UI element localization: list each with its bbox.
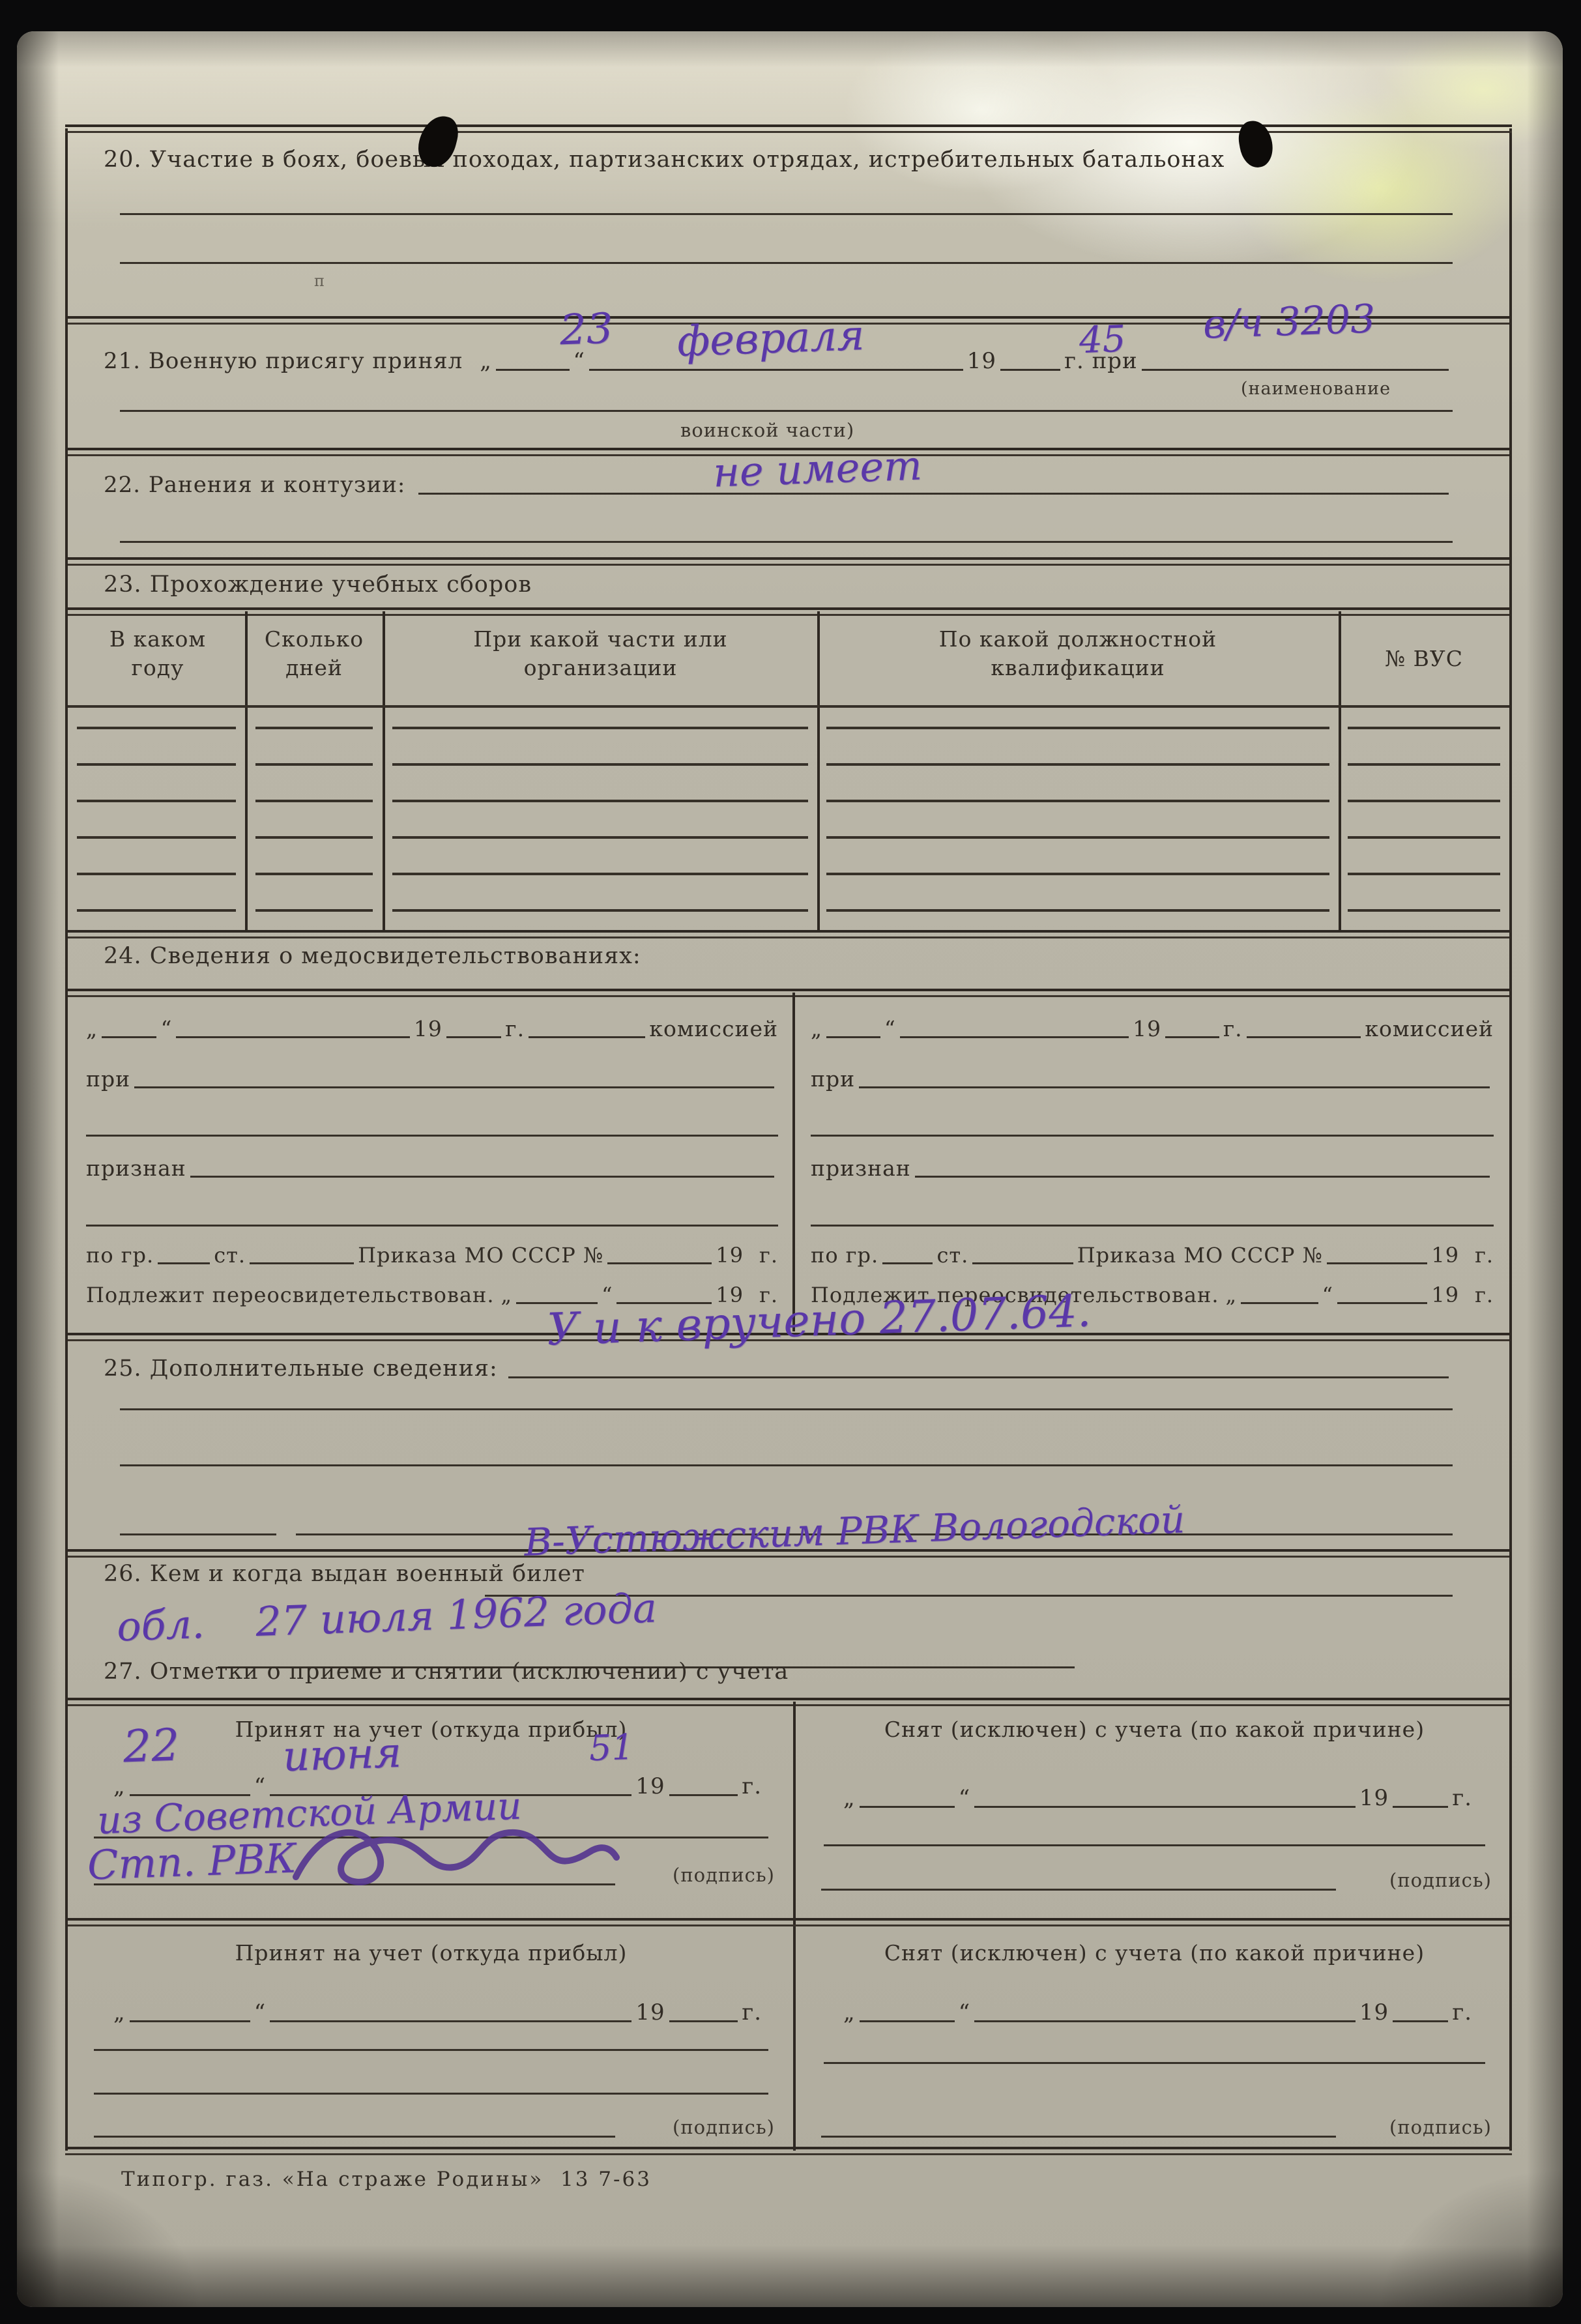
quote-close: “ bbox=[160, 1018, 172, 1041]
section-26-title: 26. Кем и когда выдан военный билет bbox=[104, 1561, 585, 1587]
col-header-year: В каком году bbox=[80, 625, 236, 682]
ruled-line bbox=[120, 541, 1453, 543]
year-prefix: 19 bbox=[1133, 1018, 1161, 1041]
accept-date-row: „ “ 19 г. bbox=[113, 1986, 762, 2025]
remove-cell-1: Снят (исключен) с учета (по какой причин… bbox=[817, 1709, 1492, 1911]
year-suffix: г. bbox=[742, 1775, 762, 1799]
fill-line bbox=[190, 1173, 774, 1178]
fill-line bbox=[974, 2018, 1356, 2022]
quote-open: „ bbox=[501, 1285, 513, 1307]
handwritten-accept-day: 22 bbox=[123, 1720, 181, 1773]
print-shop-imprint: Типогр. газ. «На страже Родины» 13 7-63 bbox=[121, 2168, 652, 2191]
fill-line bbox=[1241, 1300, 1318, 1304]
prikaz-label: Приказа МО СССР № bbox=[358, 1245, 603, 1267]
handwritten-accept-month: июня bbox=[282, 1729, 403, 1781]
med-pri-row: при bbox=[86, 1061, 778, 1091]
section-22-title: 22. Ранения и контузии: bbox=[104, 474, 405, 497]
fill-line bbox=[882, 1260, 933, 1264]
fill-line bbox=[176, 1034, 410, 1038]
handwritten-wounds-value: не имеет bbox=[712, 441, 923, 496]
col-header-qualification: По какой должностной квалификации bbox=[882, 625, 1273, 682]
quote-close: “ bbox=[1322, 1285, 1333, 1307]
year-suffix: г. bbox=[1452, 2001, 1472, 2025]
po-gr-label: по гр. bbox=[811, 1245, 878, 1267]
paper-sheet: 20. Участие в боях, боевых походах, парт… bbox=[17, 31, 1563, 2307]
table-body-lines-col5 bbox=[1348, 693, 1500, 914]
fill-line bbox=[508, 1374, 1449, 1378]
fill-line bbox=[900, 1034, 1129, 1038]
registration-table-top-border bbox=[68, 1698, 1509, 1706]
fill-line bbox=[669, 1792, 738, 1796]
med-block-divider bbox=[792, 993, 795, 1331]
table-top-border bbox=[68, 607, 1509, 616]
remove-cell-2: Снят (исключен) с учета (по какой причин… bbox=[817, 1928, 1492, 2143]
accept-header: Принят на учет (откуда прибыл) bbox=[87, 1717, 775, 1742]
fill-line bbox=[1327, 1260, 1428, 1264]
remove-date-row: „ “ 19 г. bbox=[843, 1986, 1472, 2025]
remove-header: Снят (исключен) с учета (по какой причин… bbox=[817, 1717, 1492, 1742]
table-column-border bbox=[1339, 611, 1341, 932]
ruled-line bbox=[86, 1135, 778, 1137]
fill-line bbox=[860, 2018, 955, 2022]
signature-line bbox=[821, 2136, 1336, 2138]
ruled-line bbox=[120, 213, 1453, 215]
st-label: ст. bbox=[214, 1245, 246, 1267]
komissiya-label: комиссией bbox=[649, 1018, 778, 1041]
accept-cell-2: Принят на учет (откуда прибыл) „ “ 19 г.… bbox=[87, 1928, 775, 2143]
year-prefix: 19 bbox=[635, 2001, 665, 2025]
year-prefix: 19 bbox=[1431, 1245, 1459, 1267]
remove-header: Снят (исключен) с учета (по какой причин… bbox=[817, 1940, 1492, 1966]
year-suffix: г. bbox=[1475, 1245, 1494, 1267]
year-suffix: г. bbox=[505, 1018, 525, 1041]
fill-line bbox=[607, 1260, 712, 1264]
quote-close: “ bbox=[254, 2001, 266, 2025]
fill-line bbox=[859, 1084, 1490, 1088]
section-27-title: 27. Отметки о приеме и снятии (исключени… bbox=[104, 1659, 789, 1685]
ruled-line bbox=[94, 2049, 768, 2051]
fill-line bbox=[529, 1034, 645, 1038]
handwritten-oath-year: 45 bbox=[1079, 318, 1126, 362]
fill-line bbox=[860, 1803, 955, 1808]
podpis-caption: (подпись) bbox=[673, 2116, 775, 2138]
med-date-row: „ “ 19 г. комиссией bbox=[86, 1011, 778, 1041]
table-body-lines-col4 bbox=[826, 693, 1329, 914]
accept-header: Принят на учет (откуда прибыл) bbox=[87, 1940, 775, 1966]
fill-line bbox=[1393, 2018, 1448, 2022]
scanned-document-page: 20. Участие в боях, боевых походах, парт… bbox=[0, 0, 1581, 2324]
table-column-border bbox=[817, 611, 820, 932]
quote-open: „ bbox=[480, 350, 492, 373]
fill-line bbox=[1165, 1034, 1219, 1038]
section-divider bbox=[68, 557, 1509, 566]
med-priznan-row: признан bbox=[811, 1150, 1494, 1180]
quote-open: „ bbox=[843, 1787, 856, 1810]
ruled-line bbox=[120, 410, 1453, 412]
section-21-title: 21. Военную присягу принял bbox=[104, 350, 463, 373]
section-25-row: 25. Дополнительные сведения: bbox=[104, 1351, 1453, 1381]
year-suffix: г. bbox=[759, 1245, 778, 1267]
fill-line bbox=[496, 366, 570, 371]
fill-line bbox=[418, 490, 1449, 495]
med-prikaz-row: по гр. ст. Приказа МО СССР № 19 г. bbox=[86, 1237, 778, 1267]
signature-line bbox=[821, 1889, 1336, 1891]
handwritten-oath-day: 23 bbox=[559, 305, 614, 355]
year-suffix: г. bbox=[1475, 1285, 1494, 1307]
year-prefix: 19 bbox=[414, 1018, 442, 1041]
fill-line bbox=[134, 1084, 774, 1088]
ruled-line bbox=[811, 1225, 1494, 1227]
year-prefix: 19 bbox=[1431, 1285, 1459, 1307]
table-bottom-border bbox=[68, 930, 1509, 938]
fill-line bbox=[130, 2018, 250, 2022]
quote-close: “ bbox=[959, 2001, 970, 2025]
prikaz-label: Приказа МО СССР № bbox=[1077, 1245, 1323, 1267]
podpis-caption: (подпись) bbox=[1389, 2116, 1492, 2138]
fill-line bbox=[446, 1034, 501, 1038]
ruled-line bbox=[811, 1135, 1494, 1137]
fill-line bbox=[589, 366, 963, 371]
pri-label: при bbox=[86, 1068, 130, 1091]
po-gr-label: по гр. bbox=[86, 1245, 154, 1267]
med-column-left: „ “ 19 г. комиссией при признан bbox=[86, 993, 778, 1331]
ruled-line bbox=[824, 1844, 1485, 1846]
stray-mark: п bbox=[314, 272, 325, 290]
quote-open: „ bbox=[843, 2001, 856, 2025]
fill-line bbox=[1000, 366, 1060, 371]
st-label: ст. bbox=[936, 1245, 968, 1267]
fill-line bbox=[102, 1034, 156, 1038]
remove-date-row: „ “ 19 г. bbox=[843, 1771, 1472, 1810]
pri-label: при bbox=[811, 1068, 855, 1091]
accept-cell-1: Принят на учет (откуда прибыл) „ “ 19 г.… bbox=[87, 1709, 775, 1911]
quote-open: „ bbox=[86, 1018, 98, 1041]
quote-close: “ bbox=[959, 1787, 970, 1810]
priznan-label: признан bbox=[86, 1157, 186, 1180]
fill-line bbox=[158, 1260, 210, 1264]
section-23-title: 23. Прохождение учебных сборов bbox=[104, 572, 532, 598]
ruled-line bbox=[86, 1225, 778, 1227]
table-column-border bbox=[245, 611, 248, 932]
fill-line bbox=[972, 1260, 1073, 1264]
year-prefix: 19 bbox=[635, 1775, 665, 1799]
section-25-title: 25. Дополнительные сведения: bbox=[104, 1357, 498, 1381]
year-suffix: г. bbox=[1452, 1787, 1472, 1810]
form-outer-box: 20. Участие в боях, боевых походах, парт… bbox=[65, 128, 1512, 2151]
ruled-line bbox=[94, 2093, 768, 2095]
med-date-row: „ “ 19 г. комиссией bbox=[811, 1011, 1494, 1041]
ruled-line bbox=[120, 1408, 1453, 1410]
signature-line bbox=[94, 2136, 615, 2138]
ruled-line bbox=[120, 1533, 276, 1535]
fill-line bbox=[270, 2018, 631, 2022]
handwritten-military-unit: в/ч 3203 bbox=[1202, 296, 1376, 347]
caption-voinskoy-chasti: воинской части) bbox=[680, 419, 854, 441]
fill-line bbox=[1247, 1034, 1361, 1038]
section-20-title: 20. Участие в боях, боевых походах, парт… bbox=[104, 147, 1225, 173]
fill-line bbox=[1142, 366, 1449, 371]
med-prikaz-row: по гр. ст. Приказа МО СССР № 19 г. bbox=[811, 1237, 1494, 1267]
handwritten-accept-year: 51 bbox=[588, 1726, 635, 1769]
quote-close: “ bbox=[884, 1018, 896, 1041]
signature-scribble bbox=[283, 1812, 622, 1896]
fill-line bbox=[826, 1034, 880, 1038]
handwritten-issued-by-line2: обл. 27 июля 1962 года bbox=[116, 1584, 658, 1651]
col-header-vus: № ВУС bbox=[1342, 645, 1505, 673]
handwritten-accept-signature-text: Стп. РВК bbox=[87, 1834, 297, 1889]
quote-open: „ bbox=[811, 1018, 822, 1041]
year-prefix: 19 bbox=[716, 1245, 744, 1267]
table-body-lines-col3 bbox=[392, 693, 808, 914]
table-body-lines-col1 bbox=[77, 693, 236, 914]
year-prefix: 19 bbox=[1359, 2001, 1389, 2025]
registration-row-divider bbox=[68, 1918, 1509, 1926]
caption-naimenovanie: (наименование bbox=[1241, 379, 1391, 399]
handwritten-oath-month: февраля bbox=[676, 312, 865, 366]
section-24-title: 24. Сведения о медосвидетельствованиях: bbox=[104, 943, 641, 969]
quote-open: „ bbox=[1226, 1285, 1238, 1307]
year-prefix: 19 bbox=[1359, 1787, 1389, 1810]
med-column-right: „ “ 19 г. комиссией при признан bbox=[811, 993, 1494, 1331]
table-body-lines-col2 bbox=[255, 693, 373, 914]
fill-line bbox=[250, 1260, 354, 1264]
ruled-line bbox=[120, 1464, 1453, 1466]
col-header-unit: При какой части или организации bbox=[407, 625, 794, 682]
priznan-label: признан bbox=[811, 1157, 911, 1180]
year-suffix: г. bbox=[1223, 1018, 1243, 1041]
fill-line bbox=[1393, 1803, 1448, 1808]
fill-line bbox=[974, 1803, 1356, 1808]
year-prefix: 19 bbox=[967, 350, 996, 373]
med-priznan-row: признан bbox=[86, 1150, 778, 1180]
podpis-caption: (подпись) bbox=[1389, 1869, 1492, 1891]
med-pri-row: при bbox=[811, 1061, 1494, 1091]
box-top-border bbox=[65, 124, 1512, 133]
year-suffix: г. bbox=[742, 2001, 762, 2025]
col-header-days: Сколько дней bbox=[252, 625, 377, 682]
podpis-caption: (подпись) bbox=[673, 1864, 775, 1886]
quote-open: „ bbox=[113, 2001, 126, 2025]
fill-line bbox=[1337, 1300, 1427, 1304]
ruled-line bbox=[824, 2062, 1485, 2064]
quote-open: „ bbox=[113, 1775, 126, 1799]
table-column-border bbox=[383, 611, 385, 932]
fill-line bbox=[915, 1173, 1490, 1178]
podlezhit-label: Подлежит переосвидетельствован. bbox=[86, 1285, 495, 1307]
fill-line bbox=[669, 2018, 738, 2022]
box-bottom-border bbox=[65, 2147, 1512, 2155]
ruled-line bbox=[120, 262, 1453, 264]
komissiya-label: комиссией bbox=[1365, 1018, 1494, 1041]
